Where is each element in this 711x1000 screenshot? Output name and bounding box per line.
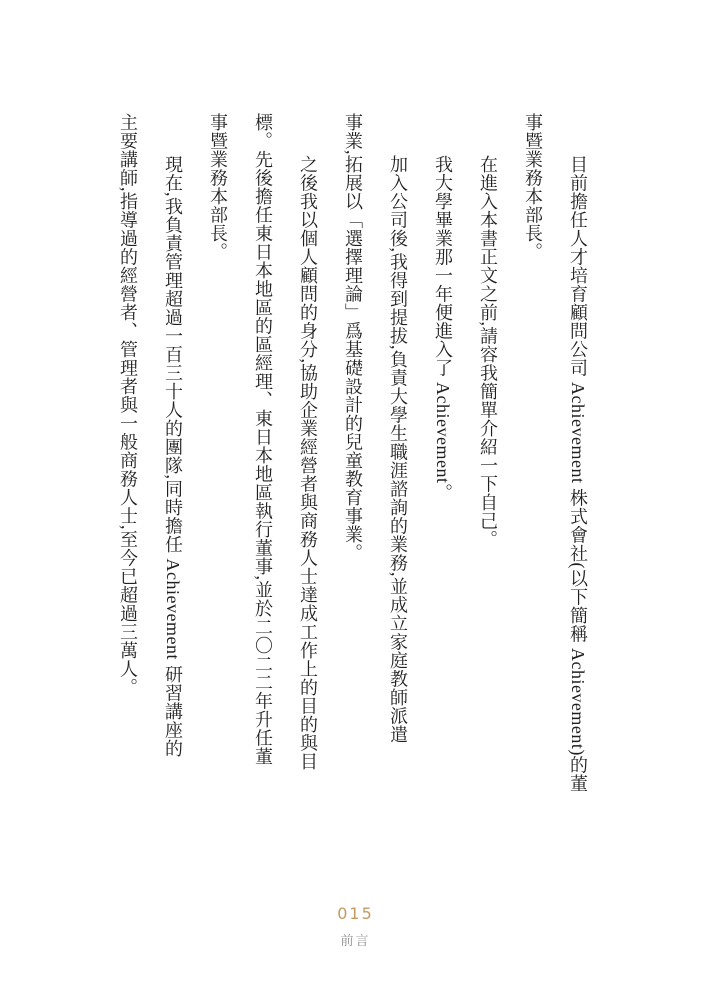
text-line: 事業,拓展以「選擇理論」爲基礎設計的兒童教育事業。 xyxy=(330,113,375,843)
text-line: 我大學畢業那一年便進入了 Achievement。 xyxy=(420,113,465,843)
text-line: 標。先後擔任東日本地區的區經理、東日本地區執行董事,並於二〇二二年升任董 xyxy=(240,113,285,843)
text-line: 之後我以個人顧問的身分,協助企業經營者與商務人士達成工作上的目的與目 xyxy=(285,113,330,843)
text-line: 目前擔任人才培育顧問公司 Achievement 株式會社(以下簡稱 Achie… xyxy=(555,113,600,843)
paragraph: 我大學畢業那一年便進入了 Achievement。 xyxy=(420,113,465,843)
page-number: 015 xyxy=(0,904,711,923)
section-label: 前言 xyxy=(0,930,711,949)
paragraph: 之後我以個人顧問的身分,協助企業經營者與商務人士達成工作上的目的與目 標。先後擔… xyxy=(195,113,330,843)
text-line: 加入公司後,我得到提拔,負責大學生職涯諮詢的業務,並成立家庭教師派遣 xyxy=(375,113,420,843)
text-line: 事暨業務本部長。 xyxy=(510,113,555,843)
text-line: 事暨業務本部長。 xyxy=(195,113,240,843)
paragraph: 目前擔任人才培育顧問公司 Achievement 株式會社(以下簡稱 Achie… xyxy=(510,113,600,843)
paragraph: 在進入本書正文之前,請容我簡單介紹一下自己。 xyxy=(465,113,510,843)
paragraph: 現在,我負責管理超過一百三十人的團隊,同時擔任 Achievement 研習講座… xyxy=(105,113,195,843)
text-line: 主要講師,指導過的經營者、管理者與一般商務人士,至今已超過三萬人。 xyxy=(105,113,150,843)
page-footer: 015 前言 xyxy=(0,890,711,1000)
page-content: 目前擔任人才培育顧問公司 Achievement 株式會社(以下簡稱 Achie… xyxy=(105,113,600,843)
text-line: 在進入本書正文之前,請容我簡單介紹一下自己。 xyxy=(465,113,510,843)
paragraph: 加入公司後,我得到提拔,負責大學生職涯諮詢的業務,並成立家庭教師派遣 事業,拓展… xyxy=(330,113,420,843)
text-line: 現在,我負責管理超過一百三十人的團隊,同時擔任 Achievement 研習講座… xyxy=(150,113,195,843)
book-page: { "page": { "content": { "paragraphs": [… xyxy=(0,0,711,1000)
